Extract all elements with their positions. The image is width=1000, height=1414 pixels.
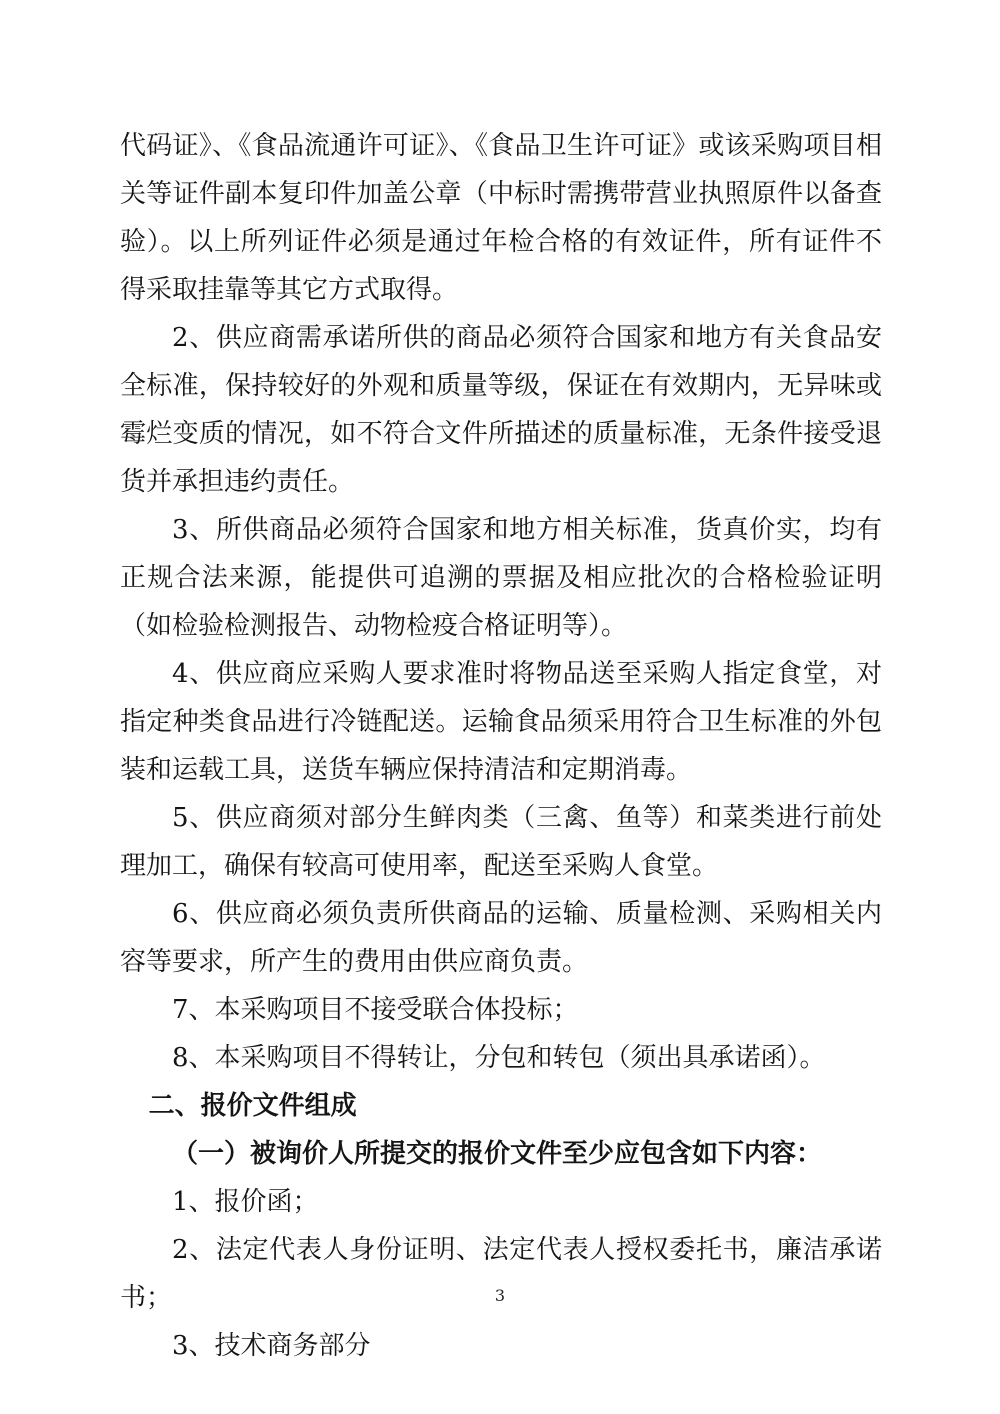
clause-6: 6、供应商必须负责所供商品的运输、质量检测、采购相关内容等要求，所产生的费用由供… [120,890,882,986]
subsection-heading: （一）被询价人所提交的报价文件至少应包含如下内容： [120,1130,882,1178]
list-item-1: 1、报价函； [120,1178,882,1226]
section-heading: 二、报价文件组成 [120,1082,882,1130]
clause-8: 8、本采购项目不得转让，分包和转包（须出具承诺函）。 [120,1034,882,1082]
paragraph-continuation: 代码证》、《食品流通许可证》、《食品卫生许可证》或该采购项目相关等证件副本复印件… [120,122,882,314]
clause-2: 2、供应商需承诺所供的商品必须符合国家和地方有关食品安全标准，保持较好的外观和质… [120,314,882,506]
page-number: 3 [0,1284,1000,1308]
list-item-3: 3、技术商务部分 [120,1322,882,1370]
clause-4: 4、供应商应采购人要求准时将物品送至采购人指定食堂，对指定种类食品进行冷链配送。… [120,650,882,794]
clause-7: 7、本采购项目不接受联合体投标； [120,986,882,1034]
document-page: 代码证》、《食品流通许可证》、《食品卫生许可证》或该采购项目相关等证件副本复印件… [0,0,1000,1414]
clause-3: 3、所供商品必须符合国家和地方相关标准，货真价实，均有正规合法来源，能提供可追溯… [120,506,882,650]
document-body: 代码证》、《食品流通许可证》、《食品卫生许可证》或该采购项目相关等证件副本复印件… [120,122,882,1370]
clause-5: 5、供应商须对部分生鲜肉类（三禽、鱼等）和菜类进行前处理加工，确保有较高可使用率… [120,794,882,890]
